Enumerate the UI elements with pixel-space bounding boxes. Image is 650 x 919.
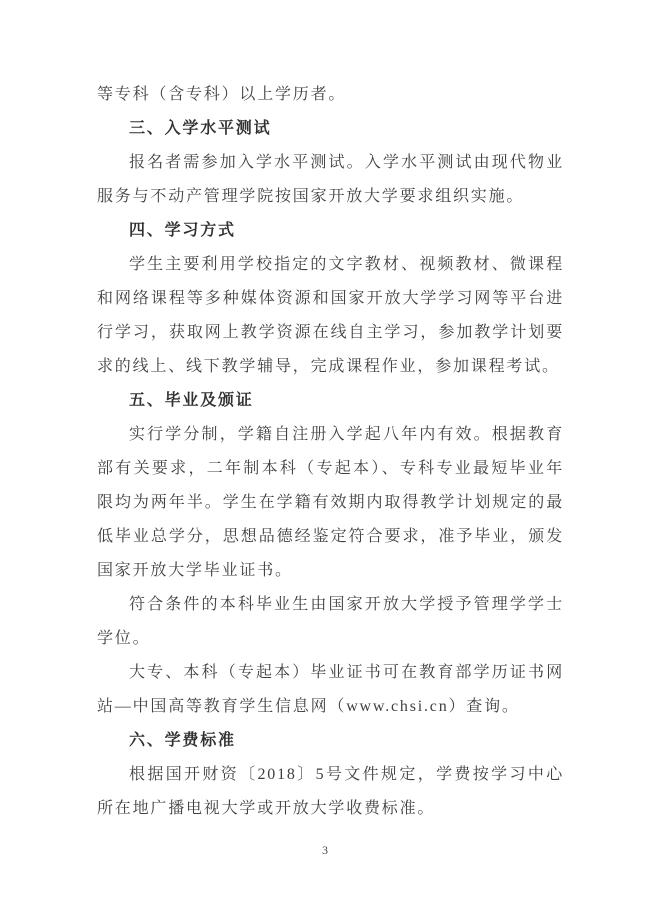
document-content: 等专科（含专科）以上学历者。 三、入学水平测试 报名者需参加入学水平测试。入学水… xyxy=(97,78,564,826)
paragraph: 报名者需参加入学水平测试。入学水平测试由现代物业服务与不动产管理学院按国家开放大… xyxy=(97,146,564,214)
paragraph: 符合条件的本科毕业生由国家开放大学授予管理学学士学位。 xyxy=(97,588,564,656)
section-heading-entrance-test: 三、入学水平测试 xyxy=(97,112,564,146)
paragraph: 学生主要利用学校指定的文字教材、视频教材、微课程和网络课程等多种媒体资源和国家开… xyxy=(97,248,564,384)
paragraph: 大专、本科（专起本）毕业证书可在教育部学历证书网站—中国高等教育学生信息网（ww… xyxy=(97,656,564,724)
paragraph-continuation: 等专科（含专科）以上学历者。 xyxy=(97,78,564,112)
paragraph: 实行学分制，学籍自注册入学起八年内有效。根据教育部有关要求，二年制本科（专起本）… xyxy=(97,418,564,588)
document-page: 等专科（含专科）以上学历者。 三、入学水平测试 报名者需参加入学水平测试。入学水… xyxy=(0,0,650,919)
section-heading-study-mode: 四、学习方式 xyxy=(97,214,564,248)
section-heading-graduation: 五、毕业及颁证 xyxy=(97,384,564,418)
paragraph: 根据国开财资〔2018〕5号文件规定，学费按学习中心所在地广播电视大学或开放大学… xyxy=(97,758,564,826)
section-heading-tuition: 六、学费标准 xyxy=(97,724,564,758)
page-number: 3 xyxy=(0,843,650,858)
